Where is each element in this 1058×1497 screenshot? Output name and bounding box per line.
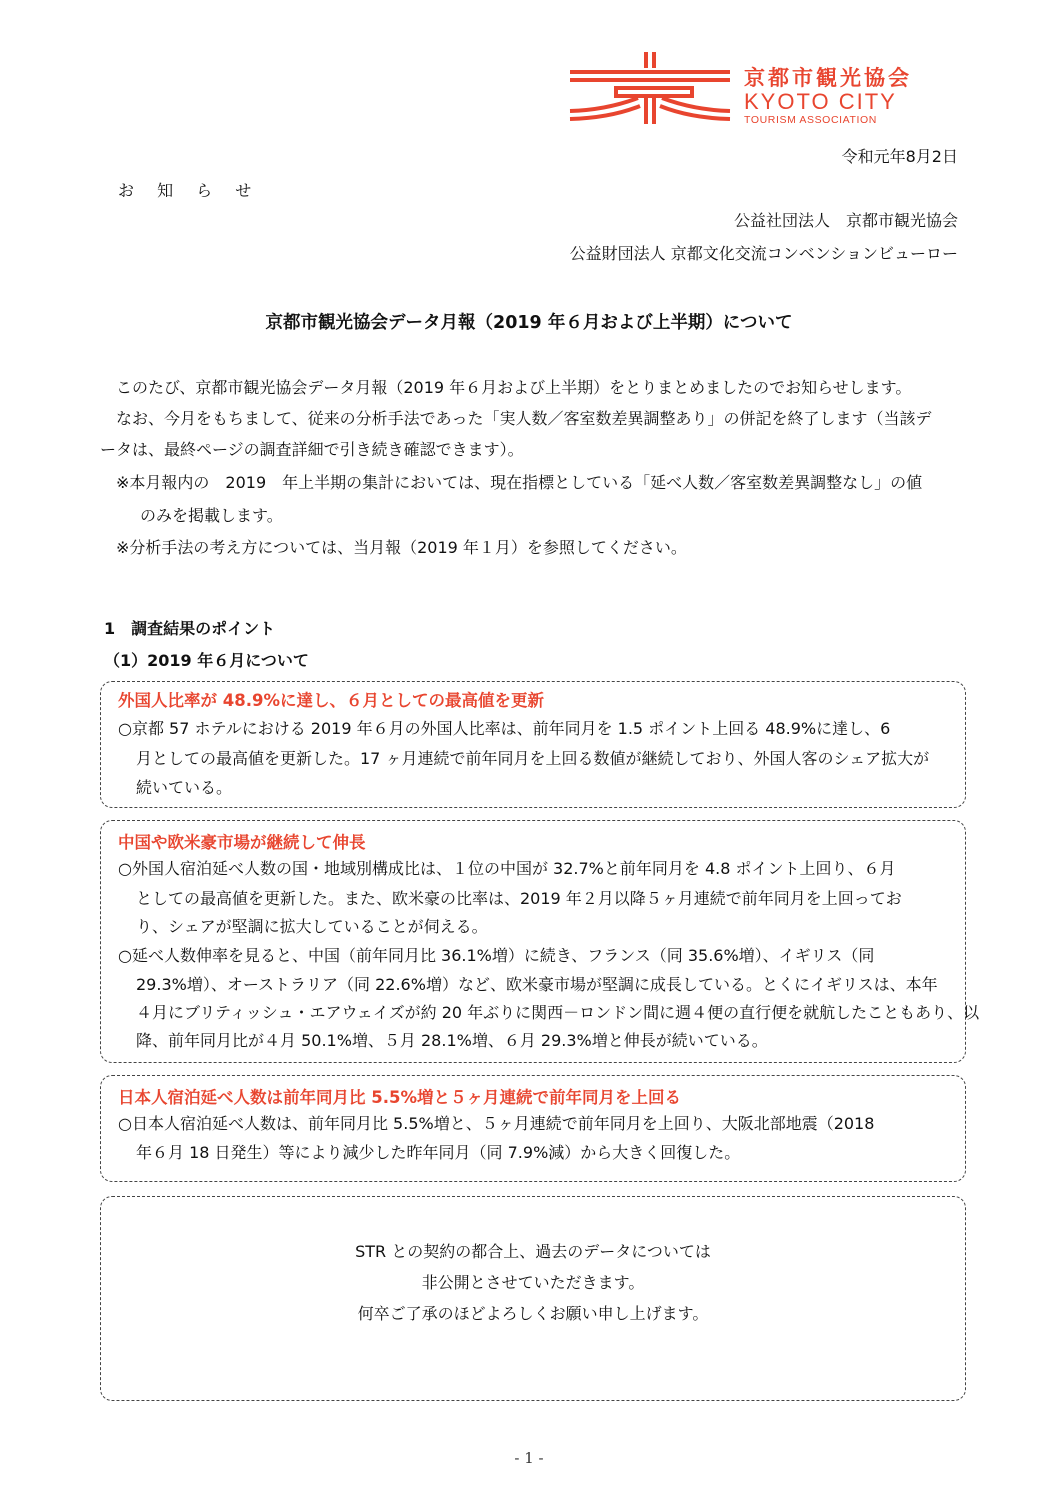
notice-label: お 知 ら せ: [118, 177, 260, 205]
box-text-line: 年６月 18 日発生）等により減少した昨年同月（同 7.9%減）から大きく回復し…: [136, 1139, 740, 1167]
highlight-box-japanese-guests: 日本人宿泊延べ人数は前年同月比 5.5%増と５ヶ月連続で前年同月を上回る ○日本…: [100, 1075, 966, 1182]
intro-paragraph-2-line-1: なお、今月をもちまして、従来の分析手法であった「実人数／客室数差異調整あり」の併…: [116, 405, 961, 433]
box-text-line: 29.3%増）、オーストラリア（同 22.6%増）など、欧米豪市場が堅調に成長し…: [136, 971, 938, 999]
logo-subtitle-en: TOURISM ASSOCIATION: [744, 114, 877, 126]
box-text-line: 続いている。: [136, 774, 232, 802]
intro-paragraph-2-line-2: ータは、最終ページの調査詳細で引き続き確認できます）。: [100, 436, 524, 464]
note-1-line-2: のみを掲載します。: [140, 502, 283, 530]
box-heading: 中国や欧米豪市場が継続して伸長: [118, 829, 366, 853]
document-title: 京都市観光協会データ月報（2019 年６月および上半期）について: [0, 309, 1058, 334]
box-text-line: ○外国人宿泊延べ人数の国・地域別構成比は、１位の中国が 32.7%と前年同月を …: [118, 855, 896, 883]
organization-2: 公益財団法人 京都文化交流コンベンションビューロー: [570, 240, 958, 268]
str-disclaimer-box: STR との契約の都合上、過去のデータについては 非公開とさせていただきます。 …: [100, 1196, 966, 1401]
organization-1: 公益社団法人 京都市観光協会: [734, 207, 958, 235]
box-text-line: ○日本人宿泊延べ人数は、前年同月比 5.5%増と、５ヶ月連続で前年同月を上回り、…: [118, 1110, 874, 1138]
logo-name-jp: 京都市観光協会: [744, 62, 912, 92]
disclaimer-line: 非公開とさせていただきます。: [101, 1270, 965, 1293]
kyoto-city-tourism-logo: 京都市観光協会 KYOTO CITY TOURISM ASSOCIATION: [566, 48, 926, 128]
box-heading: 日本人宿泊延べ人数は前年同月比 5.5%増と５ヶ月連続で前年同月を上回る: [118, 1084, 681, 1108]
disclaimer-line: STR との契約の都合上、過去のデータについては: [101, 1239, 965, 1262]
kyoto-logo-mark-icon: [566, 48, 731, 128]
box-text-line: 降、前年同月比が４月 50.1%増、５月 28.1%増、６月 29.3%増と伸長…: [136, 1027, 768, 1055]
intro-paragraph-1: このたび、京都市観光協会データ月報（2019 年６月および上半期）をとりまとめま…: [116, 374, 961, 402]
box-text-line: 月としての最高値を更新した。17 ヶ月連続で前年同月を上回る数値が継続しており、…: [136, 745, 929, 773]
note-2: ※分析手法の考え方については、当月報（2019 年１月）を参照してください。: [116, 534, 687, 562]
subsection-heading: （1）2019 年６月について: [104, 647, 309, 675]
box-text-line: ４月にブリティッシュ・エアウェイズが約 20 年ぶりに関西－ロンドン間に週４便の…: [136, 999, 979, 1027]
issue-date: 令和元年8月2日: [842, 143, 958, 171]
note-1-line-1: ※本月報内の 2019 年上半期の集計においては、現在指標としている「延べ人数／…: [116, 469, 922, 497]
box-heading: 外国人比率が 48.9%に達し、６月としての最高値を更新: [118, 687, 544, 711]
box-text-line: ○京都 57 ホテルにおける 2019 年６月の外国人比率は、前年同月を 1.5…: [118, 715, 890, 743]
box-text-line: ○延べ人数伸率を見ると、中国（前年同月比 36.1%増）に続き、フランス（同 3…: [118, 942, 874, 970]
highlight-box-foreign-ratio: 外国人比率が 48.9%に達し、６月としての最高値を更新 ○京都 57 ホテルに…: [100, 681, 966, 808]
section-heading: 1 調査結果のポイント: [104, 615, 275, 643]
box-text-line: り、シェアが堅調に拡大していることが伺える。: [136, 913, 488, 941]
logo-name-en: KYOTO CITY: [744, 89, 897, 115]
disclaimer-line: 何卒ご了承のほどよろしくお願い申し上げます。: [101, 1301, 965, 1324]
highlight-box-china-western-markets: 中国や欧米豪市場が継続して伸長 ○外国人宿泊延べ人数の国・地域別構成比は、１位の…: [100, 820, 966, 1063]
box-text-line: としての最高値を更新した。また、欧米豪の比率は、2019 年２月以降５ヶ月連続で…: [136, 885, 902, 913]
page-number: - 1 -: [0, 1449, 1058, 1467]
